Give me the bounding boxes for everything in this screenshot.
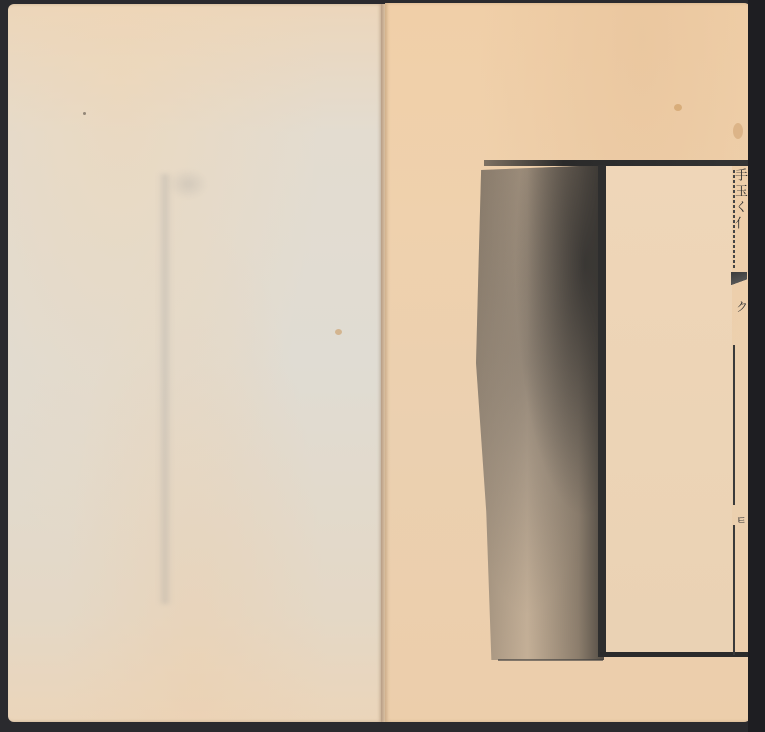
left-page bbox=[8, 4, 382, 722]
margin-vertical-line bbox=[733, 345, 735, 505]
bleed-through-mark-top bbox=[168, 169, 208, 199]
print-frame-top-rule bbox=[484, 160, 748, 166]
print-frame-inner-border bbox=[598, 165, 606, 657]
print-frame-bottom-rule bbox=[600, 652, 752, 657]
paper-stain bbox=[674, 104, 682, 111]
paper-stain bbox=[733, 123, 743, 139]
paper-speck bbox=[83, 112, 86, 115]
margin-mark: ク bbox=[736, 298, 748, 315]
margin-vertical-line-lower bbox=[733, 525, 735, 655]
paper-stain bbox=[335, 329, 342, 335]
fishtail-mark-icon bbox=[731, 272, 747, 288]
bleed-through-mark bbox=[158, 174, 172, 604]
print-inner-panel bbox=[606, 166, 732, 652]
ink-rubbing-area bbox=[476, 165, 604, 660]
scan-background-edge bbox=[748, 0, 765, 732]
book-spread: 手玉く亻 ク ㅌ bbox=[0, 0, 765, 732]
margin-mark-lower: ㅌ bbox=[736, 512, 747, 528]
print-frame-bottom-thin-rule bbox=[498, 659, 603, 661]
